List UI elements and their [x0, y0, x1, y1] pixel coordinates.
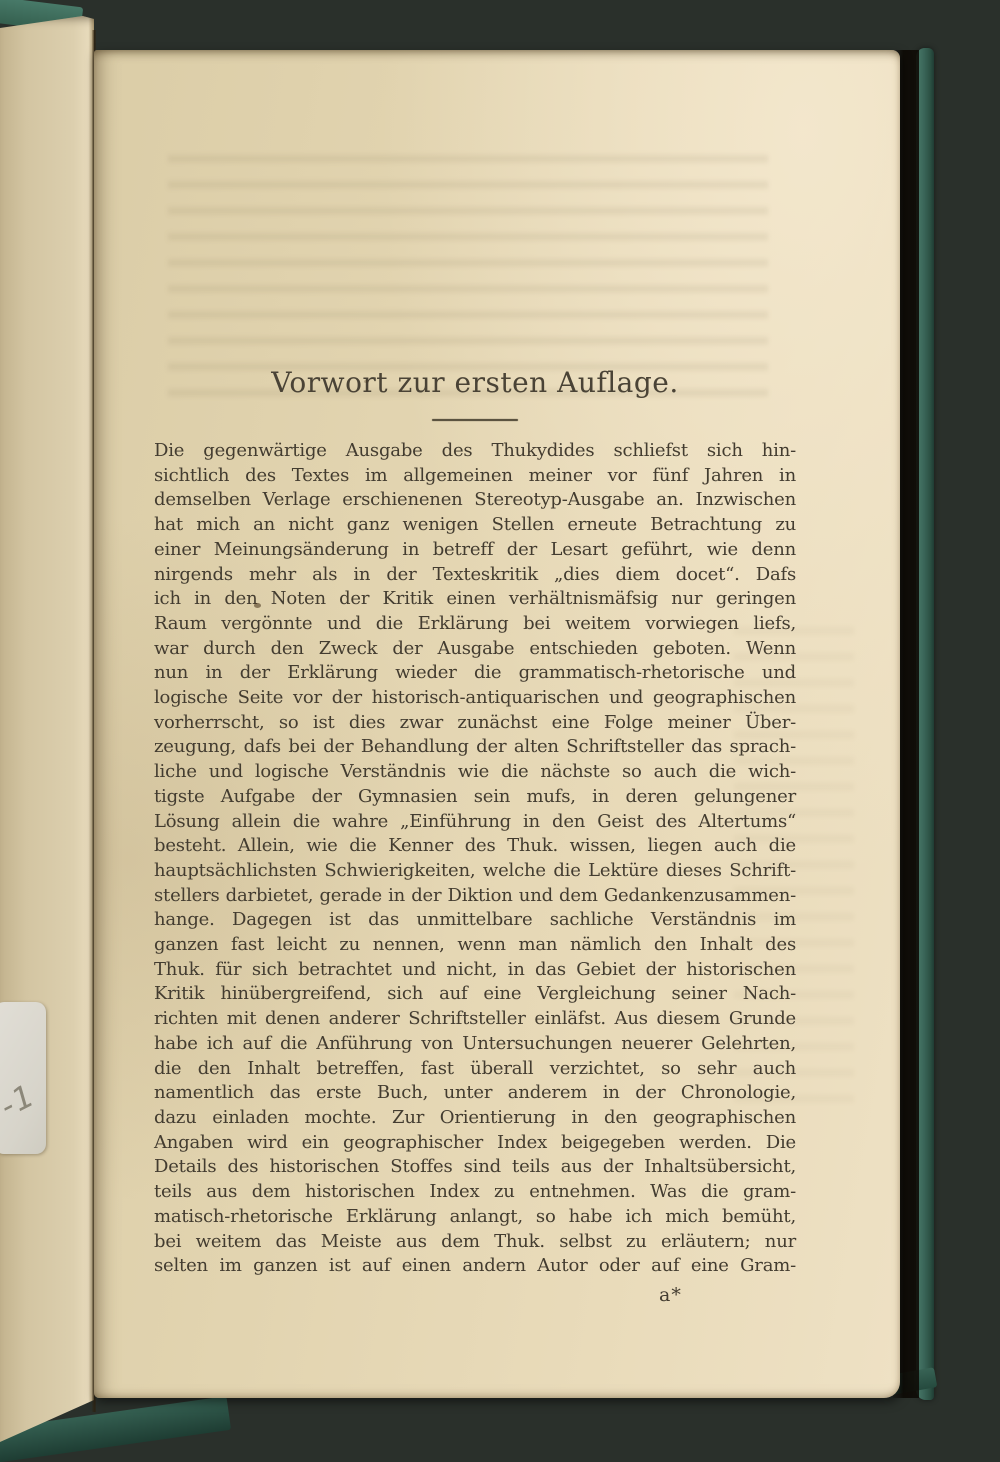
- handwritten-dash: -: [0, 1035, 2, 1072]
- text-line: Kritik hinübergreifend, sich auf eine Ve…: [154, 982, 796, 1007]
- text-line: richten mit denen anderer Schriftsteller…: [154, 1007, 796, 1032]
- text-line: ich in den Noten der Kritik einen verhäl…: [154, 587, 796, 612]
- text-line: logische Seite vor der historisch-antiqu…: [154, 686, 796, 711]
- facing-page-edge: [0, 16, 94, 1442]
- text-line: namentlich das erste Buch, unter anderem…: [154, 1081, 796, 1106]
- text-line: hange. Dagegen ist das unmittelbare sach…: [154, 908, 796, 933]
- text-line: matisch-rhetorische Erklärung anlangt, s…: [154, 1205, 796, 1230]
- text-line: Die gegenwärtige Ausgabe des Thukydides …: [154, 439, 796, 464]
- text-line: liche und logische Verständnis wie die n…: [154, 760, 796, 785]
- text-line: nirgends mehr als in der Texteskritik „d…: [154, 563, 796, 588]
- text-line: zeugung, dafs bei der Behandlung der alt…: [154, 735, 796, 760]
- text-line: bei weitem das Meiste aus dem Thuk. selb…: [154, 1230, 796, 1255]
- text-line: dazu einladen mochte. Zur Orientierung i…: [154, 1106, 796, 1131]
- text-line: tigste Aufgabe der Gymnasien sein mufs, …: [154, 785, 796, 810]
- text-line: einer Meinungsänderung in betreff der Le…: [154, 538, 796, 563]
- handwritten-shelf-mark: 7-1: [0, 1077, 42, 1135]
- ink-speck: [364, 380, 368, 383]
- text-line: vorherrscht, so ist dies zwar zunächst e…: [154, 711, 796, 736]
- text-line: hat mich an nicht ganz wenigen Stellen e…: [154, 513, 796, 538]
- text-line: demselben Verlage erschienenen Stereotyp…: [154, 488, 796, 513]
- text-line: nun in der Erklärung wieder die grammati…: [154, 661, 796, 686]
- printers-signature: a*: [659, 1284, 682, 1306]
- text-line: sichtlich des Textes im allgemeinen mein…: [154, 464, 796, 489]
- text-line: selten im ganzen ist auf einen andern Au…: [154, 1254, 796, 1279]
- text-line: Raum vergönnte und die Erklärung bei wei…: [154, 612, 796, 637]
- text-line: ganzen fast leicht zu nennen, wenn man n…: [154, 933, 796, 958]
- text-line: hauptsächlichsten Schwierigkeiten, welch…: [154, 859, 796, 884]
- page-title: Vorwort zur ersten Auflage.: [154, 366, 796, 399]
- preface-paragraph: Die gegenwärtige Ausgabe des Thukydides …: [154, 439, 796, 1279]
- text-line: habe ich auf die Anführung von Untersuch…: [154, 1032, 796, 1057]
- text-line: die den Inhalt betreffen, fast überall v…: [154, 1057, 796, 1082]
- text-line: Lösung allein die wahre „Einführung in d…: [154, 810, 796, 835]
- library-sticker: - 7-1: [0, 1002, 46, 1154]
- book-page: Vorwort zur ersten Auflage. Die gegenwär…: [94, 50, 900, 1398]
- text-line: stellers darbietet, gerade in der Diktio…: [154, 884, 796, 909]
- title-divider-rule: [432, 419, 518, 421]
- text-line: Details des historischen Stoffes sind te…: [154, 1155, 796, 1180]
- ink-speck: [254, 603, 261, 608]
- text-line: Angaben wird ein geographischer Index be…: [154, 1131, 796, 1156]
- text-line: Thuk. für sich betrachtet und nicht, in …: [154, 958, 796, 983]
- book-photo: { "page": { "heading": "Vorwort zur erst…: [0, 0, 1000, 1462]
- text-line: besteht. Allein, wie die Kenner des Thuk…: [154, 834, 796, 859]
- text-line: teils aus dem historischen Index zu entn…: [154, 1180, 796, 1205]
- text-line: war durch den Zweck der Ausgabe entschie…: [154, 637, 796, 662]
